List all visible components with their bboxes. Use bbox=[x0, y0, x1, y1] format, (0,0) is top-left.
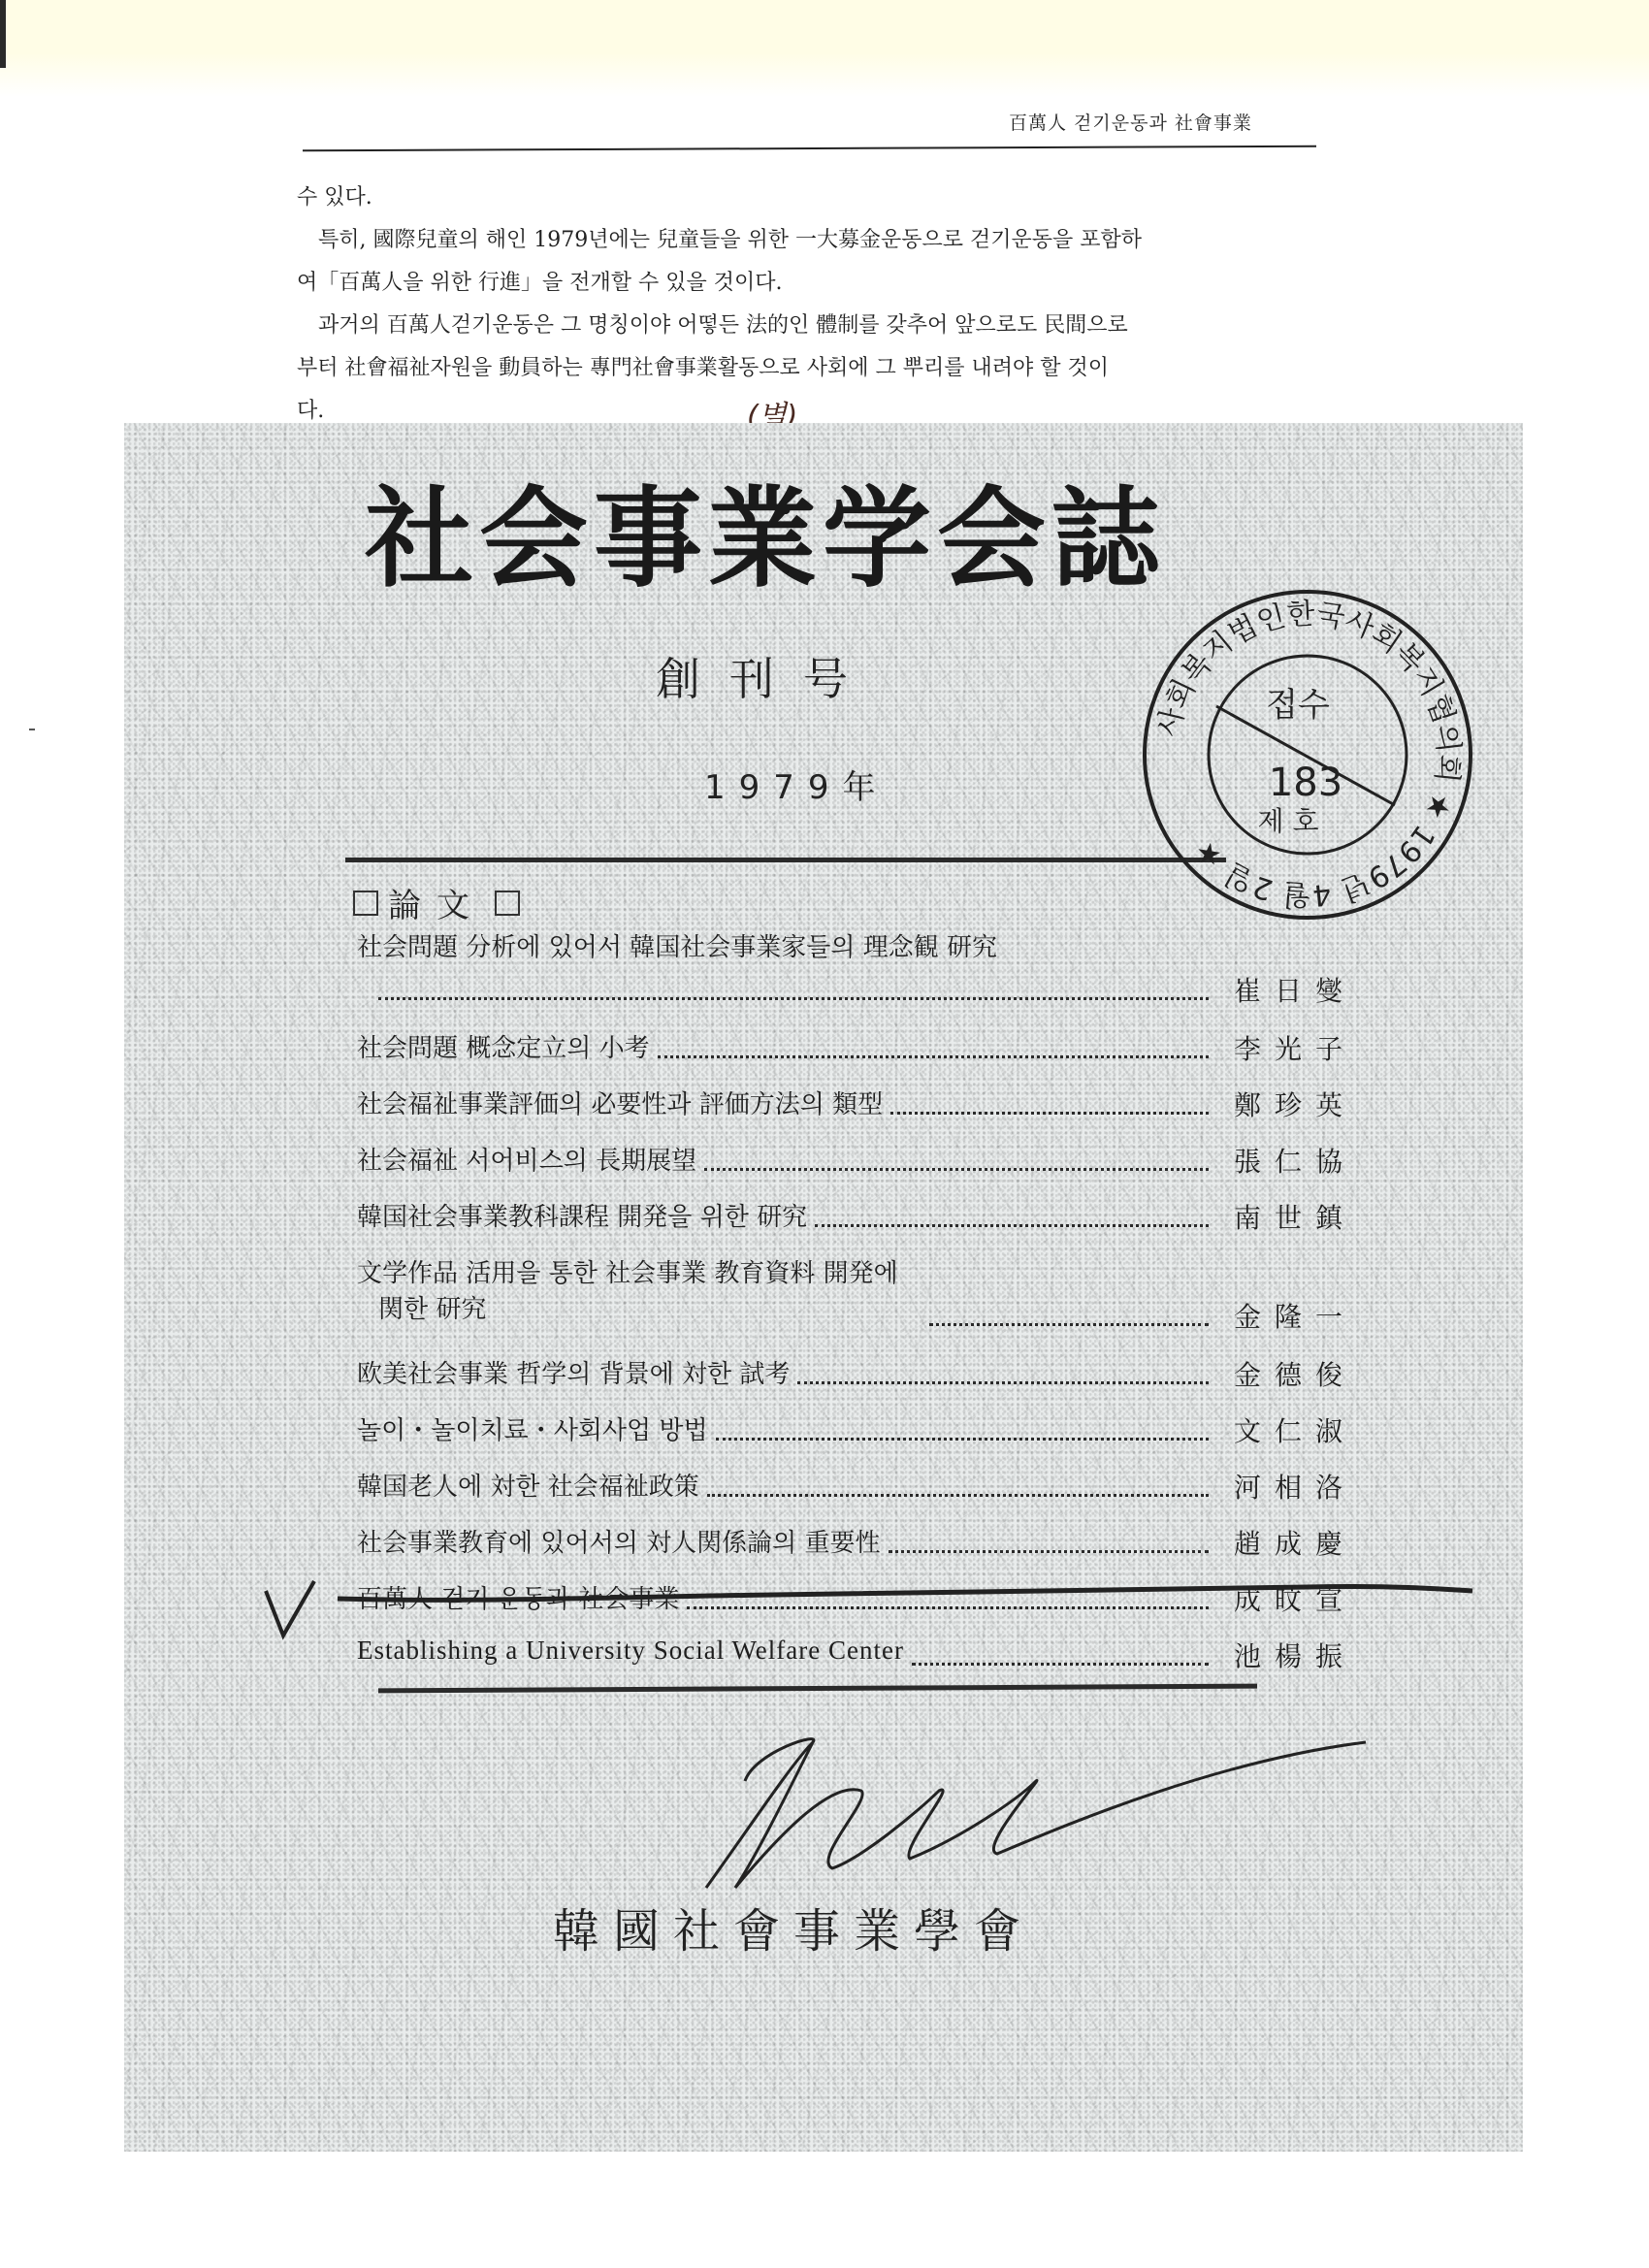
dot-leader bbox=[797, 1381, 1209, 1384]
box-ornament-icon bbox=[495, 891, 520, 916]
body-line: 부터 社會福祉자원을 動員하는 專門社會事業활동으로 사회에 그 뿌리를 내려야… bbox=[297, 347, 1325, 390]
handdrawn-check-icon bbox=[262, 1577, 320, 1645]
toc-entry: 社会問題 概念定立의 小考李光子 bbox=[357, 1028, 1356, 1085]
dot-leader bbox=[889, 1550, 1209, 1553]
toc-title: 社会福祉 서어비스의 長期展望 bbox=[357, 1141, 696, 1177]
toc-title: 社会問題 概念定立의 小考 bbox=[357, 1028, 650, 1064]
scan-edge bbox=[0, 0, 6, 68]
scan-top-band bbox=[0, 0, 1649, 97]
table-of-contents: 社会問題 分析에 있어서 韓国社会事業家들의 理念観 研究崔日燮社会問題 概念定… bbox=[357, 927, 1356, 1692]
handdrawn-underline bbox=[338, 1583, 1472, 1606]
toc-entry: 社会事業教育에 있어서의 対人関係論의 重要性趙成慶 bbox=[357, 1523, 1356, 1579]
dot-leader bbox=[890, 1112, 1209, 1115]
body-line: 과거의 百萬人걷기운동은 그 명칭이야 어떻든 法的인 體制를 갖추어 앞으로도… bbox=[297, 305, 1325, 347]
toc-title: 놀이・놀이치료・사회사업 방법 bbox=[357, 1410, 708, 1446]
svg-text:접수: 접수 bbox=[1266, 686, 1330, 725]
toc-author: 池楊振 bbox=[1234, 1636, 1356, 1674]
toc-title: 韓国老人에 対한 社会福祉政策 bbox=[357, 1467, 699, 1503]
section-heading-label: 論文 bbox=[388, 879, 485, 926]
dot-leader bbox=[704, 1168, 1209, 1171]
dot-leader bbox=[929, 1323, 1209, 1326]
dot-leader bbox=[815, 1224, 1209, 1227]
handwritten-signature bbox=[667, 1723, 1443, 1917]
toc-author: 趙成慶 bbox=[1234, 1523, 1356, 1562]
dot-leader bbox=[378, 997, 1209, 1000]
year-label: 1979年 bbox=[704, 761, 889, 808]
body-text: 수 있다. 특히, 國際兒童의 해인 1979년에는 兒童들을 위한 一大募金운… bbox=[297, 177, 1325, 433]
toc-title: 社会福祉事業評価의 必要性과 評価方法의 類型 bbox=[357, 1085, 883, 1120]
toc-author: 崔日燮 bbox=[1234, 970, 1356, 1009]
toc-author: 金隆一 bbox=[1234, 1296, 1356, 1335]
header-rule bbox=[303, 146, 1316, 152]
issue-label: 創刊号 bbox=[656, 644, 877, 708]
running-head: 百萬人 걷기운동과 社會事業 bbox=[1009, 109, 1252, 135]
box-ornament-icon bbox=[353, 891, 378, 916]
toc-author: 文仁淑 bbox=[1234, 1410, 1356, 1449]
toc-entry: 社会福祉事業評価의 必要性과 評価方法의 類型鄭珍英 bbox=[357, 1085, 1356, 1141]
dot-leader bbox=[707, 1494, 1209, 1497]
svg-text:183: 183 bbox=[1269, 761, 1342, 805]
toc-entry: 社会問題 分析에 있어서 韓国社会事業家들의 理念観 研究崔日燮 bbox=[357, 927, 1356, 1028]
cover-rule-top bbox=[345, 858, 1226, 862]
toc-title: 韓国社会事業教科課程 開発을 위한 研究 bbox=[357, 1197, 807, 1233]
toc-entry: 欧美社会事業 哲学의 背景에 対한 試考金德俊 bbox=[357, 1354, 1356, 1410]
dot-leader bbox=[912, 1663, 1209, 1666]
journal-title: 社会事業学会誌 bbox=[365, 452, 1166, 608]
toc-entry: 놀이・놀이치료・사회사업 방법文仁淑 bbox=[357, 1410, 1356, 1467]
dot-leader bbox=[716, 1438, 1209, 1441]
toc-author: 李光子 bbox=[1234, 1028, 1356, 1067]
toc-title: Establishing a University Social Welfare… bbox=[357, 1636, 904, 1666]
body-line: 여「百萬人을 위한 行進」을 전개할 수 있을 것이다. bbox=[297, 262, 1325, 305]
toc-entry: 韓国老人에 対한 社会福祉政策河相洛 bbox=[357, 1467, 1356, 1523]
body-line: 수 있다. bbox=[297, 177, 1325, 219]
toc-entry: 韓国社会事業教科課程 開発을 위한 研究南世鎮 bbox=[357, 1197, 1356, 1253]
toc-title: 社会事業教育에 있어서의 対人関係論의 重要性 bbox=[357, 1523, 881, 1559]
dot-leader bbox=[687, 1606, 1209, 1609]
toc-author: 河相洛 bbox=[1234, 1467, 1356, 1506]
receipt-seal-stamp: 사회복지법인한국사회복지협의회 ★ 1979년 4월 2일 ★ 접수 183 제… bbox=[1133, 580, 1482, 929]
toc-author: 鄭珍英 bbox=[1234, 1085, 1356, 1123]
section-heading: 論文 bbox=[353, 879, 520, 926]
journal-cover-photocopy: 社会事業学会誌 創刊号 1979年 사회복지법인한국사회복지협의회 ★ 1979… bbox=[124, 423, 1523, 2152]
toc-title: 社会問題 分析에 있어서 韓国社会事業家들의 理念観 研究 bbox=[357, 927, 997, 963]
toc-author: 南世鎮 bbox=[1234, 1197, 1356, 1236]
toc-entry: 社会福祉 서어비스의 長期展望張仁協 bbox=[357, 1141, 1356, 1197]
body-line: 특히, 國際兒童의 해인 1979년에는 兒童들을 위한 一大募金운동으로 걷기… bbox=[297, 219, 1325, 262]
scan-speck bbox=[29, 729, 35, 730]
toc-title: 欧美社会事業 哲学의 背景에 対한 試考 bbox=[357, 1354, 790, 1390]
toc-author: 金德俊 bbox=[1234, 1354, 1356, 1393]
dot-leader bbox=[658, 1055, 1209, 1058]
toc-author: 張仁協 bbox=[1234, 1141, 1356, 1180]
publisher-name: 韓國社會事業學會 bbox=[553, 1894, 1034, 1960]
toc-title: 文学作品 活用을 통한 社会事業 教育資料 開発에関한 研究 bbox=[357, 1253, 898, 1325]
svg-text:사회복지법인한국사회복지협의회 ★ 1979년 4월 2일: 사회복지법인한국사회복지협의회 ★ 1979년 4월 2일 ★ bbox=[1151, 597, 1466, 912]
toc-entry: 文学作品 活用을 통한 社会事業 教育資料 開発에関한 研究金隆一 bbox=[357, 1253, 1356, 1354]
svg-text:제 호: 제 호 bbox=[1258, 805, 1319, 837]
